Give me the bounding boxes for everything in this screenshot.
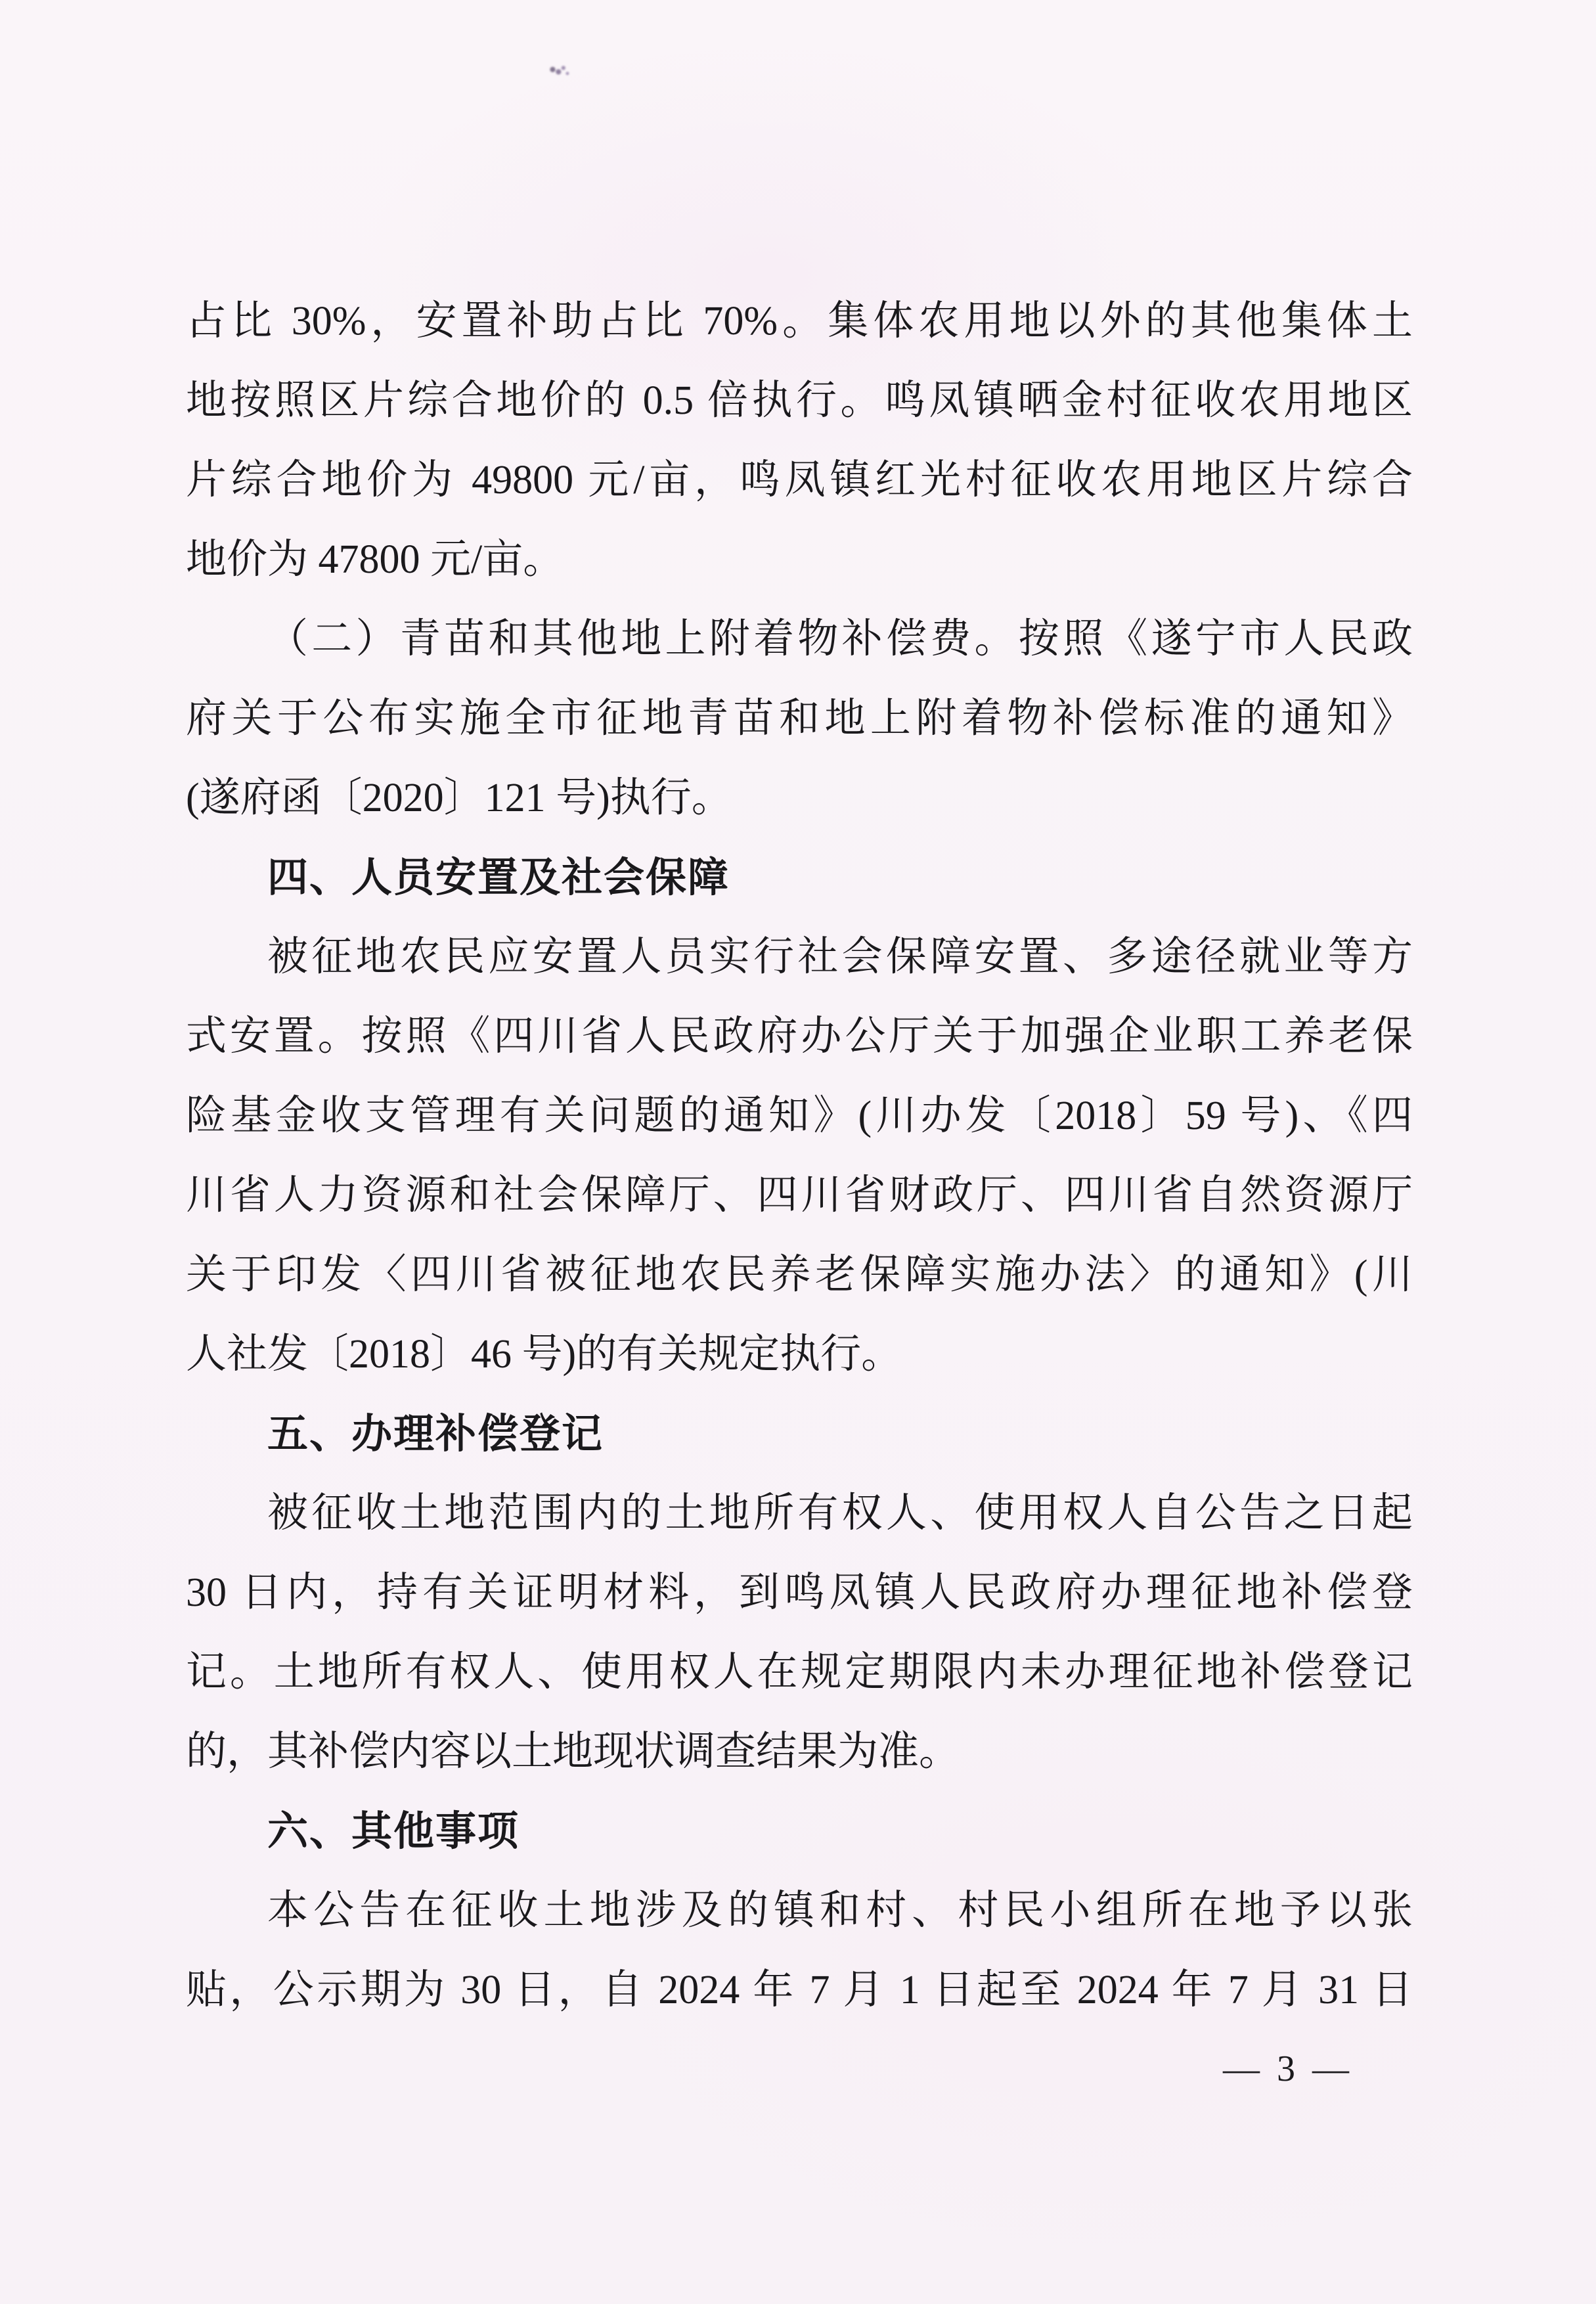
section-heading-6: 六、其他事项 xyxy=(186,1792,1413,1871)
body-line: 川省人力资源和社会保障厅、四川省财政厅、四川省自然资源厅 xyxy=(186,1156,1413,1235)
body-line: 地价为 47800 元/亩。 xyxy=(186,520,1413,600)
section-heading-4: 四、人员安置及社会保障 xyxy=(186,838,1413,918)
body-line: 记。土地所有权人、使用权人在规定期限内未办理征地补偿登记 xyxy=(186,1633,1413,1712)
body-line: 贴，公示期为 30 日，自 2024 年 7 月 1 日起至 2024 年 7 … xyxy=(186,1951,1413,2030)
scan-artifact-speck xyxy=(548,62,570,78)
body-line: 险基金收支管理有关问题的通知》(川办发〔2018〕59 号)、《四 xyxy=(186,1076,1413,1156)
body-line: 被征地农民应安置人员实行社会保障安置、多途径就业等方 xyxy=(186,918,1413,997)
body-line: (遂府函〔2020〕121 号)执行。 xyxy=(186,759,1413,838)
body-line: 30 日内，持有关证明材料，到鸣凤镇人民政府办理征地补偿登 xyxy=(186,1553,1413,1633)
body-line: 地按照区片综合地价的 0.5 倍执行。鸣凤镇晒金村征收农用地区 xyxy=(186,361,1413,441)
body-line: 被征收土地范围内的土地所有权人、使用权人自公告之日起 xyxy=(186,1474,1413,1553)
body-line: 式安置。按照《四川省人民政府办公厅关于加强企业职工养老保 xyxy=(186,997,1413,1076)
body-line: 占比 30%，安置补助占比 70%。集体农用地以外的其他集体土 xyxy=(186,282,1413,361)
body-line: 人社发〔2018〕46 号)的有关规定执行。 xyxy=(186,1315,1413,1394)
body-line: 的，其补偿内容以土地现状调查结果为准。 xyxy=(186,1712,1413,1792)
body-line: 片综合地价为 49800 元/亩，鸣凤镇红光村征收农用地区片综合 xyxy=(186,441,1413,520)
document-body: 占比 30%，安置补助占比 70%。集体农用地以外的其他集体土 地按照区片综合地… xyxy=(186,282,1413,2030)
body-line: 关于印发〈四川省被征地农民养老保障实施办法〉的通知》(川 xyxy=(186,1235,1413,1315)
section-heading-5: 五、办理补偿登记 xyxy=(186,1394,1413,1474)
page-number: — 3 — xyxy=(1223,2048,1353,2090)
body-line: 本公告在征收土地涉及的镇和村、村民小组所在地予以张 xyxy=(186,1871,1413,1951)
scanned-document-page: 占比 30%，安置补助占比 70%。集体农用地以外的其他集体土 地按照区片综合地… xyxy=(0,0,1596,2304)
body-line: 府关于公布实施全市征地青苗和地上附着物补偿标准的通知》 xyxy=(186,679,1413,759)
body-line: （二）青苗和其他地上附着物补偿费。按照《遂宁市人民政 xyxy=(186,600,1413,679)
